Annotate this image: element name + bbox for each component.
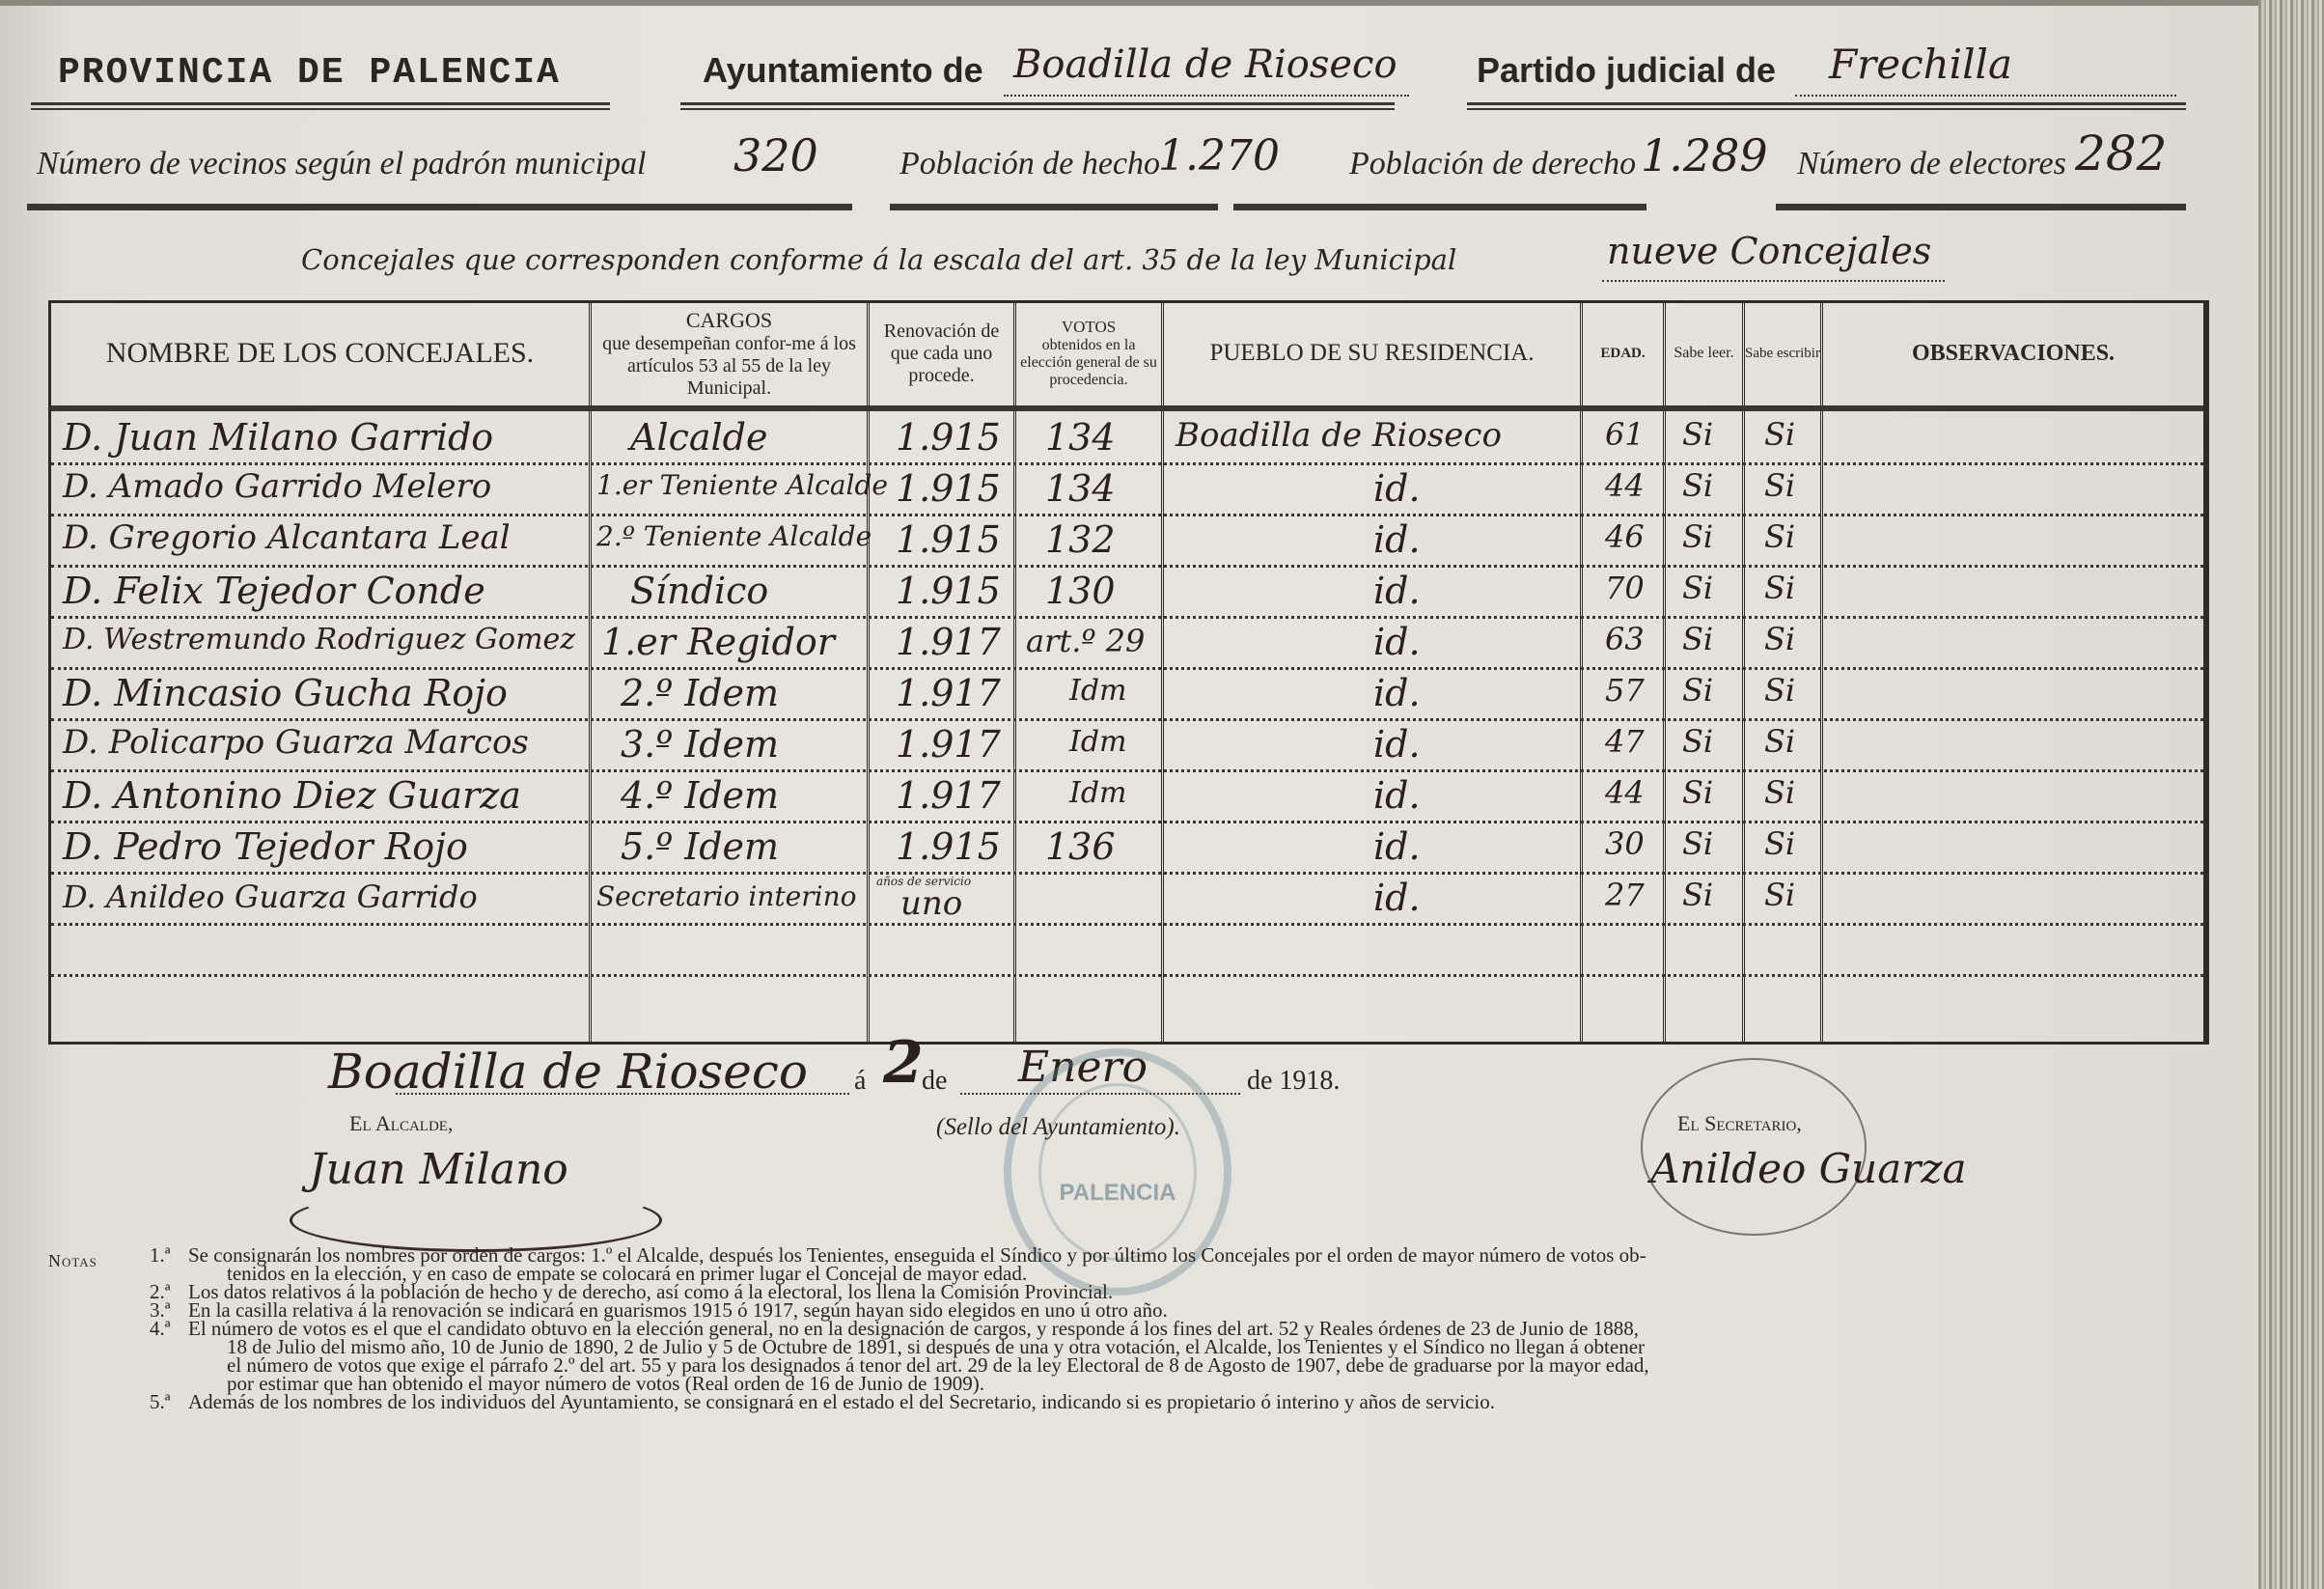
- row-4-votos: art.º 29: [1026, 623, 1145, 659]
- vecinos-label: Número de vecinos según el padrón munici…: [37, 146, 646, 182]
- partido-field-line: [1795, 91, 2176, 97]
- row-4-escribir: Si: [1764, 621, 1795, 657]
- row-9-cargo: Secretario interino: [596, 880, 856, 912]
- row-2-leer: Si: [1682, 518, 1713, 555]
- row-4-pueblo: id.: [1373, 621, 1421, 663]
- row-4-nombre: D. Westremundo Rodriguez Gomez: [63, 623, 575, 656]
- year-text: de 1918.: [1247, 1066, 1340, 1097]
- row-5-cargo: 2.º Idem: [621, 672, 779, 714]
- notes-label: Notas: [48, 1252, 97, 1270]
- place-field-line: [396, 1091, 849, 1095]
- row-8-nombre: D. Pedro Tejedor Rojo: [63, 825, 468, 868]
- row-9-nombre: D. Anildeo Guarza Garrido: [63, 878, 478, 915]
- header-escribir: Sabe escribir: [1745, 303, 1820, 404]
- row-5-renovacion: 1.917: [896, 672, 1001, 714]
- row-1-cargo: 1.er Teniente Alcalde: [596, 469, 888, 501]
- row-3-pueblo: id.: [1373, 570, 1421, 612]
- derecho-label: Población de derecho: [1349, 146, 1636, 182]
- row-6-renovacion: 1.917: [896, 723, 1001, 766]
- header-leer: Sabe leer.: [1666, 303, 1742, 404]
- row-5-votos: Idm: [1069, 674, 1127, 708]
- row-4-cargo: 1.er Regidor: [601, 621, 835, 663]
- row-3-votos: 130: [1045, 570, 1116, 612]
- row-6-pueblo: id.: [1373, 723, 1421, 766]
- header-nombre: NOMBRE DE LOS CONCEJALES.: [51, 303, 589, 404]
- row-7-escribir: Si: [1764, 774, 1795, 811]
- row-4-edad: 63: [1605, 621, 1645, 657]
- row-0-votos: 134: [1045, 416, 1116, 459]
- row-2-renovacion: 1.915: [896, 518, 1001, 561]
- row-2-edad: 46: [1605, 518, 1645, 555]
- row-2-pueblo: id.: [1373, 518, 1421, 561]
- divider: [1467, 102, 2186, 110]
- row-5-pueblo: id.: [1373, 672, 1421, 714]
- vecinos-value: 320: [733, 129, 818, 181]
- row-7-renovacion: 1.917: [896, 774, 1001, 817]
- row-1-votos: 134: [1045, 467, 1116, 510]
- row-0-pueblo: Boadilla de Rioseco: [1176, 416, 1502, 455]
- row-0-renovacion: 1.915: [896, 416, 1001, 459]
- row-1-pueblo: id.: [1373, 467, 1421, 510]
- row-6-nombre: D. Policarpo Guarza Marcos: [63, 723, 529, 762]
- ayuntamiento-field-line: [1004, 91, 1409, 97]
- row-2-escribir: Si: [1764, 518, 1795, 555]
- row-5-nombre: D. Mincasio Gucha Rojo: [63, 672, 508, 714]
- concejales-label: Concejales que corresponden conforme á l…: [301, 243, 1456, 276]
- row-7-nombre: D. Antonino Diez Guarza: [63, 774, 521, 817]
- row-8-votos: 136: [1045, 825, 1116, 868]
- derecho-value: 1.289: [1641, 129, 1768, 181]
- row-3-nombre: D. Felix Tejedor Conde: [63, 570, 485, 612]
- row-0-nombre: D. Juan Milano Garrido: [63, 416, 493, 459]
- row-0-escribir: Si: [1764, 416, 1795, 453]
- note-5: 5.ª Además de los nombres de los individ…: [150, 1393, 2200, 1411]
- divider: [680, 102, 1395, 110]
- divider: [1776, 204, 2186, 210]
- concejales-table: NOMBRE DE LOS CONCEJALES. CARGOS que des…: [48, 300, 2209, 1045]
- row-3-cargo: Síndico: [630, 570, 768, 612]
- row-9-edad: 27: [1605, 877, 1645, 913]
- row-3-escribir: Si: [1764, 570, 1795, 606]
- alcalde-signature: Juan Milano: [309, 1145, 568, 1194]
- notes-section: Notas 1.ª Se consignarán los nombres por…: [48, 1246, 2200, 1411]
- ayuntamiento-label: Ayuntamiento de: [703, 50, 983, 91]
- row-1-nombre: D. Amado Garrido Melero: [63, 467, 491, 506]
- row-8-cargo: 5.º Idem: [621, 825, 779, 868]
- row-8-edad: 30: [1605, 825, 1645, 862]
- row-6-edad: 47: [1605, 723, 1645, 760]
- concejales-value: nueve Concejales: [1607, 230, 1931, 272]
- header-pueblo: PUEBLO DE SU RESIDENCIA.: [1164, 303, 1580, 404]
- partido-value: Frechilla: [1829, 41, 2012, 88]
- de-text: de: [922, 1066, 947, 1097]
- electores-label: Número de electores: [1797, 146, 2066, 182]
- row-8-pueblo: id.: [1373, 825, 1421, 868]
- row-2-votos: 132: [1045, 518, 1116, 561]
- row-1-leer: Si: [1682, 467, 1713, 504]
- row-9-escribir: Si: [1764, 877, 1795, 913]
- row-8-renovacion: 1.915: [896, 825, 1001, 868]
- row-6-escribir: Si: [1764, 723, 1795, 760]
- row-7-edad: 44: [1605, 774, 1645, 811]
- row-0-edad: 61: [1605, 416, 1645, 453]
- row-4-leer: Si: [1682, 621, 1713, 657]
- row-9-leer: Si: [1682, 877, 1713, 913]
- row-0-leer: Si: [1682, 416, 1713, 453]
- sello-label: (Sello del Ayuntamiento).: [936, 1114, 1180, 1141]
- header-edad: EDAD.: [1583, 303, 1663, 404]
- row-6-cargo: 3.º Idem: [621, 723, 779, 766]
- row-6-leer: Si: [1682, 723, 1713, 760]
- header-renovacion: Renovación de que cada uno procede.: [870, 303, 1013, 404]
- signature-flourish: [1641, 1058, 1867, 1236]
- document-page: PROVINCIA DE PALENCIA Ayuntamiento de Bo…: [0, 0, 2258, 1589]
- row-1-edad: 44: [1605, 467, 1645, 504]
- ayuntamiento-value: Boadilla de Rioseco: [1013, 42, 1397, 87]
- note-4: 4.ª El número de votos es el que el cand…: [150, 1320, 2200, 1393]
- header-cargos: CARGOS que desempeñan confor-me á los ar…: [592, 303, 867, 404]
- row-3-leer: Si: [1682, 570, 1713, 606]
- electores-value: 282: [2075, 125, 2167, 181]
- row-9-renovacion: uno: [900, 884, 962, 923]
- hecho-value: 1.270: [1158, 131, 1280, 181]
- row-7-leer: Si: [1682, 774, 1713, 811]
- row-7-cargo: 4.º Idem: [621, 774, 779, 817]
- row-1-renovacion: 1.915: [896, 467, 1001, 510]
- header-observaciones: OBSERVACIONES.: [1823, 303, 2203, 404]
- divider: [890, 204, 1218, 210]
- book-page-edges: [2258, 0, 2324, 1589]
- row-9-pueblo: id.: [1373, 877, 1421, 919]
- row-3-renovacion: 1.915: [896, 570, 1001, 612]
- a-text: á: [854, 1066, 866, 1097]
- alcalde-label: El Alcalde,: [349, 1111, 453, 1136]
- row-5-escribir: Si: [1764, 672, 1795, 709]
- divider: [27, 204, 852, 210]
- row-8-escribir: Si: [1764, 825, 1795, 862]
- partido-label: Partido judicial de: [1477, 50, 1776, 91]
- row-8-leer: Si: [1682, 825, 1713, 862]
- header-votos: VOTOS obtenidos en la elección general d…: [1016, 303, 1161, 404]
- province-title: PROVINCIA DE PALENCIA: [58, 52, 561, 94]
- concejales-field-line: [1602, 276, 1945, 282]
- row-3-edad: 70: [1605, 570, 1645, 606]
- note-1: 1.ª Se consignarán los nombres por orden…: [150, 1246, 2200, 1283]
- row-6-votos: Idm: [1069, 725, 1127, 759]
- row-7-votos: Idm: [1069, 776, 1127, 810]
- divider: [31, 102, 610, 110]
- row-2-cargo: 2.º Teniente Alcalde: [596, 520, 871, 552]
- row-0-cargo: Alcalde: [630, 416, 768, 459]
- day-value: 2: [883, 1029, 924, 1097]
- divider: [1233, 204, 1646, 210]
- row-4-renovacion: 1.917: [896, 621, 1001, 663]
- row-5-edad: 57: [1605, 672, 1645, 709]
- row-7-pueblo: id.: [1373, 774, 1421, 817]
- hecho-label: Población de hecho: [899, 146, 1160, 182]
- row-1-escribir: Si: [1764, 467, 1795, 504]
- row-2-nombre: D. Gregorio Alcantara Leal: [63, 518, 511, 557]
- row-5-leer: Si: [1682, 672, 1713, 709]
